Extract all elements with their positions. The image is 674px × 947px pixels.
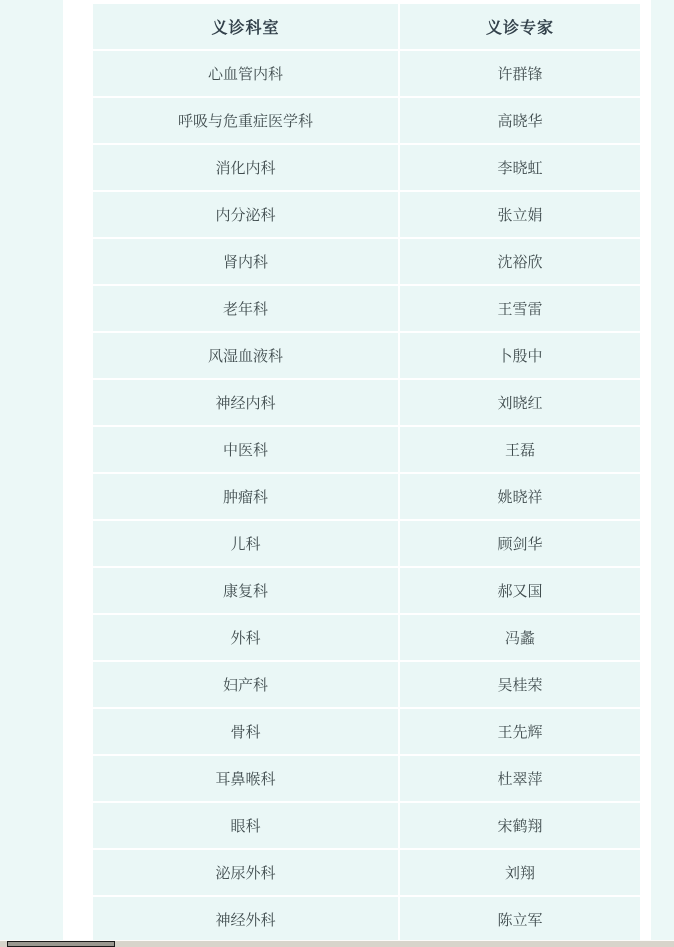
department-cell: 妇产科 xyxy=(93,662,398,707)
expert-cell: 王雪雷 xyxy=(400,286,640,331)
expert-cell: 许群锋 xyxy=(400,51,640,96)
column-header-department: 义诊科室 xyxy=(93,4,398,49)
department-cell: 内分泌科 xyxy=(93,192,398,237)
expert-cell: 宋鹤翔 xyxy=(400,803,640,848)
expert-cell: 王先辉 xyxy=(400,709,640,754)
expert-cell: 姚晓祥 xyxy=(400,474,640,519)
expert-cell: 吴桂荣 xyxy=(400,662,640,707)
department-cell: 耳鼻喉科 xyxy=(93,756,398,801)
department-cell: 神经内科 xyxy=(93,380,398,425)
expert-cell: 郝又国 xyxy=(400,568,640,613)
expert-cell: 杜翠萍 xyxy=(400,756,640,801)
column-header-expert: 义诊专家 xyxy=(400,4,640,49)
expert-cell: 顾剑华 xyxy=(400,521,640,566)
expert-cell: 李晓虹 xyxy=(400,145,640,190)
department-cell: 肾内科 xyxy=(93,239,398,284)
expert-cell: 沈裕欣 xyxy=(400,239,640,284)
expert-cell: 张立娟 xyxy=(400,192,640,237)
expert-cell: 刘翔 xyxy=(400,850,640,895)
expert-cell: 高晓华 xyxy=(400,98,640,143)
department-cell: 儿科 xyxy=(93,521,398,566)
expert-cell: 王磊 xyxy=(400,427,640,472)
department-cell: 老年科 xyxy=(93,286,398,331)
department-cell: 中医科 xyxy=(93,427,398,472)
expert-cell: 刘晓红 xyxy=(400,380,640,425)
department-cell: 泌尿外科 xyxy=(93,850,398,895)
horizontal-scrollbar[interactable] xyxy=(0,940,674,947)
department-cell: 康复科 xyxy=(93,568,398,613)
expert-cell: 陈立军 xyxy=(400,897,640,942)
expert-cell: 冯蠡 xyxy=(400,615,640,660)
scrollbar-thumb[interactable] xyxy=(7,941,115,947)
department-cell: 消化内科 xyxy=(93,145,398,190)
department-cell: 肿瘤科 xyxy=(93,474,398,519)
department-cell: 风湿血液科 xyxy=(93,333,398,378)
department-cell: 眼科 xyxy=(93,803,398,848)
clinic-schedule-table: 义诊科室 义诊专家 心血管内科许群锋呼吸与危重症医学科高晓华消化内科李晓虹内分泌… xyxy=(93,4,640,942)
department-cell: 骨科 xyxy=(93,709,398,754)
department-cell: 外科 xyxy=(93,615,398,660)
expert-cell: 卜殷中 xyxy=(400,333,640,378)
department-cell: 呼吸与危重症医学科 xyxy=(93,98,398,143)
department-cell: 心血管内科 xyxy=(93,51,398,96)
department-cell: 神经外科 xyxy=(93,897,398,942)
